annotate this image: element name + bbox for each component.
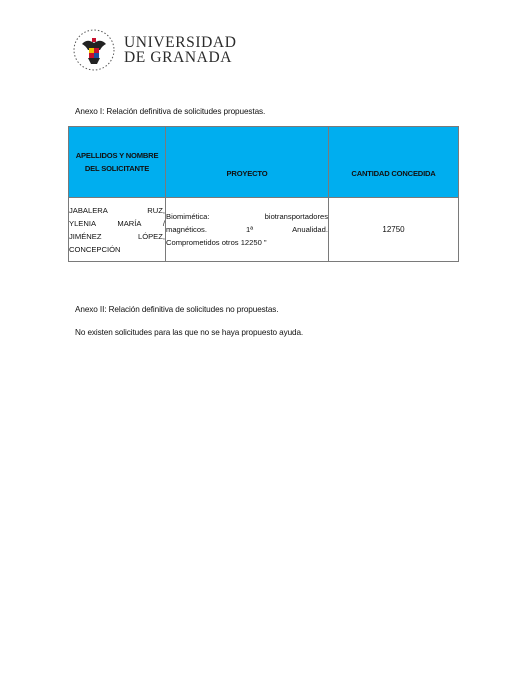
granted-applications-table: APELLIDOS Y NOMBRE DEL SOLICITANTE PROYE… [68,126,459,262]
column-header-applicant: APELLIDOS Y NOMBRE DEL SOLICITANTE [69,127,166,198]
institution-name: UNIVERSIDAD DE GRANADA [124,35,237,65]
university-logo: UNIVERSIDAD DE GRANADA [72,28,237,72]
cell-applicant: JABALERARUZ, YLENIAMARÍA/ JIMÉNEZLÓPEZ, … [69,198,166,262]
annex1-title: Anexo I: Relación definitiva de solicitu… [75,107,265,116]
column-header-project: PROYECTO [166,127,329,198]
cell-amount: 12750 [329,198,459,262]
university-seal-icon [72,28,116,72]
institution-name-line1: UNIVERSIDAD [124,35,237,50]
table-header-row: APELLIDOS Y NOMBRE DEL SOLICITANTE PROYE… [69,127,459,198]
annex2-title: Anexo II: Relación definitiva de solicit… [75,305,278,314]
cell-project: Biomimética:biotransportadores magnético… [166,198,329,262]
column-header-amount: CANTIDAD CONCEDIDA [329,127,459,198]
table-row: JABALERARUZ, YLENIAMARÍA/ JIMÉNEZLÓPEZ, … [69,198,459,262]
institution-name-line2: DE GRANADA [124,50,237,65]
annex2-text: No existen solicitudes para las que no s… [75,328,303,337]
